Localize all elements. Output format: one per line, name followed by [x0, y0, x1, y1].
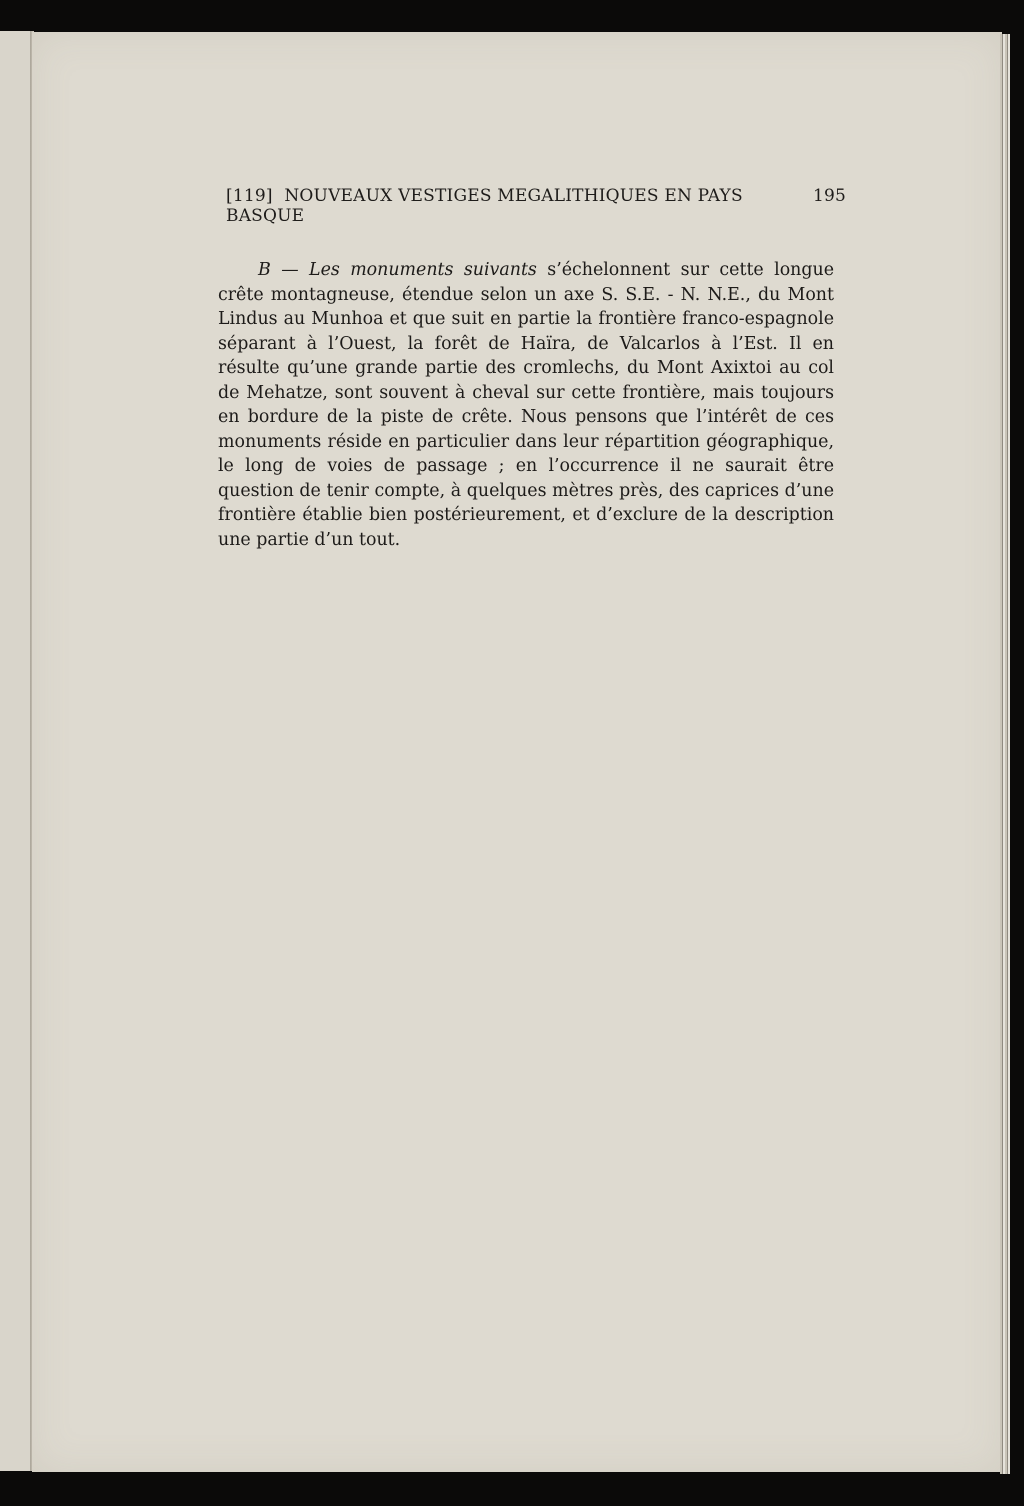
right-page — [32, 32, 1002, 1472]
section-paragraph-text: s’échelonnent sur cette lon­gue crête mo… — [218, 260, 834, 550]
scanned-book-spread: [119] NOUVEAUX VESTIGES MEGALITHIQUES EN… — [0, 0, 1024, 1506]
running-head-title: NOUVEAUX VESTIGES MEGALITHIQUES EN PAYS … — [226, 186, 743, 226]
page-reference: [119] — [226, 186, 273, 206]
page-number: 195 — [813, 186, 846, 226]
left-page-edge — [0, 31, 32, 1471]
section-label: B — — [258, 260, 299, 280]
section-italic-lead: Les monuments suivants — [309, 260, 537, 280]
running-head-title-group: [119] NOUVEAUX VESTIGES MEGALITHIQUES EN… — [226, 186, 813, 226]
page-stack-edges — [1000, 34, 1010, 1474]
section-b-paragraph: B — Les monuments suivants s’échelonnent… — [218, 258, 834, 552]
body-text: B — Les monuments suivants s’échelonnent… — [218, 258, 834, 552]
running-head: [119] NOUVEAUX VESTIGES MEGALITHIQUES EN… — [226, 186, 846, 226]
